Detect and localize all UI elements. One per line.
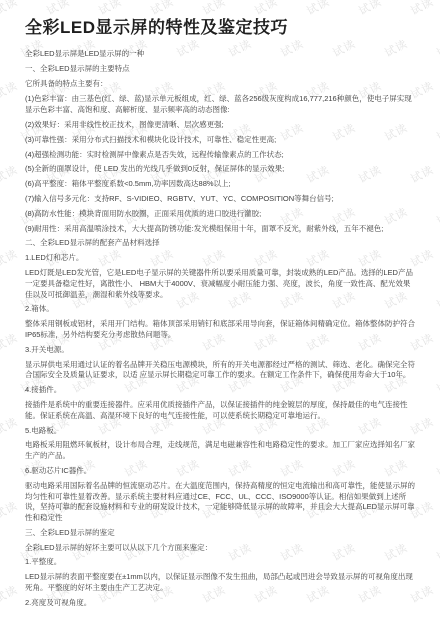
feature-item-7: (7)输入信号多元化：支持RF、S-VIDIEO、RGBTV、YUT、YC、CO… <box>25 194 417 205</box>
paragraph: 接插件是系统中的重要连接器件。应采用优质接插件产品，以保证接插件的纯金镀层的厚度… <box>25 400 417 422</box>
feature-item-1: (1)色彩丰富：由三基色(红、绿、蓝)显示单元板组成，红、绿、蓝各256级灰度构… <box>25 94 417 116</box>
feature-item-9: (9)耐用性：采用高温喷涂技术，大大提高防锈功能:发光模组保用十年，面罩不反光，… <box>25 224 417 235</box>
paragraph: 显示屏供电采用通过认证的着名品牌开关稳压电源模块，所有的开关电源都经过严格的测试… <box>25 360 417 382</box>
subsection-heading: 1.LED灯和芯片。 <box>25 253 417 264</box>
feature-item-6: (6)高平整度：箱体平整度系数<0.5mm,功率因数高达88%以上; <box>25 179 417 190</box>
paragraph: 它所具备的特点主要有： <box>25 79 417 90</box>
paragraph: 全彩LED显示屏的好坏主要可以从以下几个方面来鉴定： <box>25 543 417 554</box>
subsection-heading: 4.接插件。 <box>25 385 417 396</box>
paragraph: 整体采用钢板或铝材，采用开门结构。箱体顶部采用销钉和底部采用导向套，保证箱体间精… <box>25 319 417 341</box>
feature-item-5: (5)全新的面罩设计，使 LED 发出的光线几乎做到0反射，保证屏体的显示效果; <box>25 164 417 175</box>
feature-item-3: (3)可靠性强：采用分布式扫描技术和模块化设计技术，可靠性、稳定性更高; <box>25 135 417 146</box>
paragraph: LED显示屏的表面平整度要在±1mm以内，以保证显示图像不发生扭曲，局部凸起或凹… <box>25 572 417 594</box>
document-page: 试读试读试读试读试读试读试读试读试读试读试读试读试读试读试读试读试读试读试读试读… <box>0 0 440 620</box>
section-heading-3: 三、全彩LED显示屏的鉴定 <box>25 528 417 539</box>
feature-item-8: (8)高防水性能：模块背面用防水胶圈，正面采用优质的进口胶进行灌胶; <box>25 209 417 220</box>
paragraph: LED灯既是LED发光管，它是LED电子显示屏的关键器件所以要采用质量可靠，封装… <box>25 268 417 300</box>
paragraph: 电路板采用阻燃环氧板材，设计布局合理，走线规范，满足电磁兼容性和电路稳定性的要求… <box>25 440 417 462</box>
feature-item-4: (4)超强检测功能：实时检测屏中像素点是否失效，远程传输像素点的工作状态; <box>25 150 417 161</box>
subsection-heading: 6.驱动芯片IC器件。 <box>25 466 417 477</box>
subsection-heading: 2.亮度及可视角度。 <box>25 598 417 609</box>
paragraph: 驱动电路采用国际着名品牌的恒流驱动芯片。在大温度范围内，保持高精度的恒定电流输出… <box>25 481 417 524</box>
subsection-heading: 3.开关电源。 <box>25 345 417 356</box>
subsection-heading: 5.电路板。 <box>25 426 417 437</box>
paragraph-intro: 全彩LED显示屏是LED显示屏的一种 <box>25 49 417 60</box>
page-title: 全彩LED显示屏的特性及鉴定技巧 <box>25 17 417 39</box>
feature-item-2: (2)效果好：采用非线性校正技术，图像更清晰、层次感更强; <box>25 120 417 131</box>
subsection-heading: 2.箱体。 <box>25 304 417 315</box>
subsection-heading: 1.平整度。 <box>25 557 417 568</box>
section-heading-2: 二、全彩LED显示屏的配套产品材料选择 <box>25 238 417 249</box>
document-content: 全彩LED显示屏的特性及鉴定技巧 全彩LED显示屏是LED显示屏的一种 一、全彩… <box>0 0 440 609</box>
section-heading-1: 一、全彩LED显示屏的主要特点 <box>25 64 417 75</box>
